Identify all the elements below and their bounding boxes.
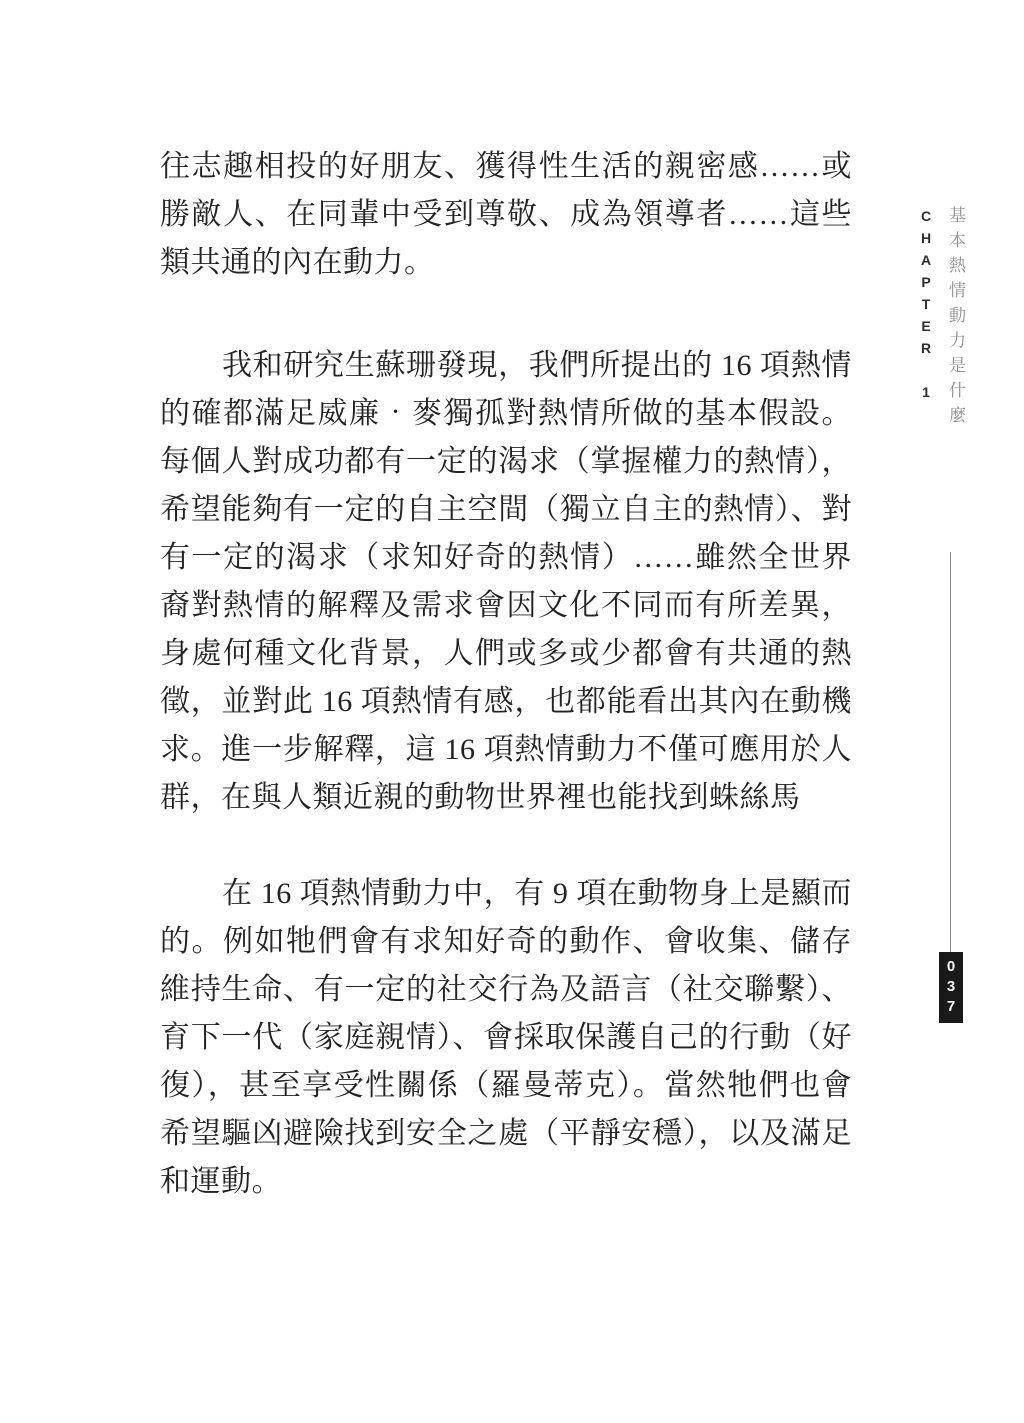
text-line: 徵，並對此 16 項熱情有感，也都能看出其內在動機的需: [160, 678, 852, 726]
text-line: 育下一代（家庭親情）、會採取保護自己的行動（好勝報: [160, 1014, 852, 1062]
text-line: 類共通的內在動力。: [160, 239, 852, 287]
chapter-label: CHAPTER 1: [918, 208, 934, 406]
text-line: 在 16 項熱情動力中，有 9 項在動物身上是顯而易見: [160, 870, 852, 918]
text-line: 復），甚至享受性關係（羅曼蒂克）。當然牠們也會害怕，: [160, 1062, 852, 1110]
text-line: 每個人對成功都有一定的渴求（掌握權力的熱情），或者: [160, 438, 852, 486]
text-line: 和運動。: [160, 1158, 852, 1206]
paragraph-2: 我和研究生蘇珊發現，我們所提出的 16 項熱情動力， 的確都滿足威廉‧麥獨孤對熱…: [160, 342, 852, 822]
text-line: 勝敵人、在同輩中受到尊敬、成為領導者……這些都是人: [160, 191, 852, 239]
text-line: 希望驅凶避險找到安全之處（平靜安穩），以及滿足口欲: [160, 1110, 852, 1158]
paragraph-1: 往志趣相投的好朋友、獲得性生活的親密感……或是戰 勝敵人、在同輩中受到尊敬、成為…: [160, 143, 852, 287]
text-line: 的確都滿足威廉‧麥獨孤對熱情所做的基本假設。例如：: [160, 390, 852, 438]
text-line: 群，在與人類近親的動物世界裡也能找到蛛絲馬跡。: [160, 774, 852, 822]
text-line: 希望能夠有一定的自主空間（獨立自主的熱情）、對知識: [160, 486, 852, 534]
book-page: 往志趣相投的好朋友、獲得性生活的親密感……或是戰 勝敵人、在同輩中受到尊敬、成為…: [0, 0, 1024, 1423]
chapter-title: 基本熱情動力是什麼: [943, 206, 968, 431]
text-line: 往志趣相投的好朋友、獲得性生活的親密感……或是戰: [160, 143, 852, 191]
vertical-rule: [950, 552, 951, 952]
paragraph-3: 在 16 項熱情動力中，有 9 項在動物身上是顯而易見 的。例如牠們會有求知好奇…: [160, 870, 852, 1206]
body-text: 往志趣相投的好朋友、獲得性生活的親密感……或是戰 勝敵人、在同輩中受到尊敬、成為…: [160, 143, 852, 1206]
text-line: 有一定的渴求（求知好奇的熱情）……雖然全世界各個族: [160, 534, 852, 582]
page-number-badge: 037: [939, 952, 963, 1023]
text-line: 裔對熱情的解釋及需求會因文化不同而有所差異，但無論: [160, 582, 852, 630]
text-line: 維持生命、有一定的社交行為及語言（社交聯繫）、會撫: [160, 966, 852, 1014]
text-line: 求。進一步解釋，這 16 項熱情動力不僅可應用於人類族: [160, 726, 852, 774]
text-line: 的。例如牠們會有求知好奇的動作、會收集、儲存食物以: [160, 918, 852, 966]
text-line: 身處何種文化背景，人們或多或少都會有共通的熱情特: [160, 630, 852, 678]
text-line: 我和研究生蘇珊發現，我們所提出的 16 項熱情動力，: [160, 342, 852, 390]
